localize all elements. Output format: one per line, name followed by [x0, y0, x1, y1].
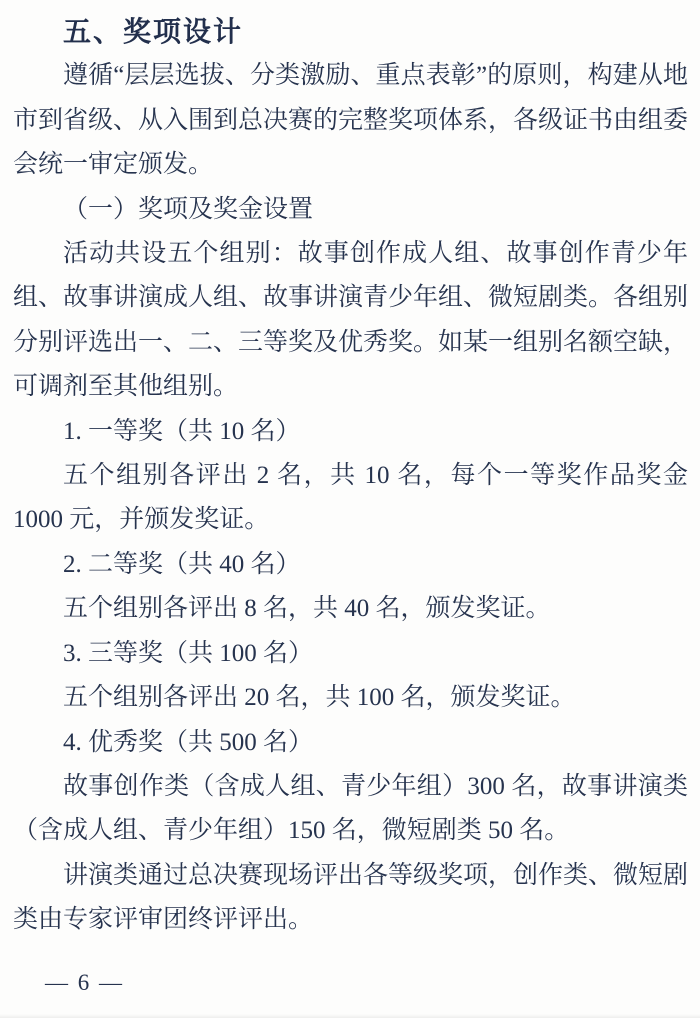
paragraph-second-prize-detail: 五个组别各评出 8 名，共 40 名，颁发奖证。 [13, 587, 688, 631]
item-first-prize-title: 1. 一等奖（共 10 名） [13, 410, 688, 454]
page-number: — 6 — [45, 970, 124, 996]
paragraph-third-prize-detail: 五个组别各评出 20 名，共 100 名，颁发奖证。 [13, 676, 688, 720]
paragraph-five-groups: 活动共设五个组别：故事创作成人组、故事创作青少年组、故事讲演成人组、故事讲演青少… [13, 232, 688, 410]
item-excellence-award-title: 4. 优秀奖（共 500 名） [13, 721, 688, 765]
subheading-awards-and-prize-setup: （一）奖项及奖金设置 [13, 188, 688, 232]
item-third-prize-title: 3. 三等奖（共 100 名） [13, 632, 688, 676]
section-heading-award-design: 五、奖项设计 [13, 10, 688, 54]
paragraph-final-evaluation: 讲演类通过总决赛现场评出各等级奖项，创作类、微短剧类由专家评审团终评评出。 [13, 854, 688, 943]
paragraph-first-prize-detail: 五个组别各评出 2 名，共 10 名，每个一等奖作品奖金 1000 元，并颁发奖… [13, 454, 688, 543]
scan-edge-shadow [0, 1014, 700, 1018]
scanned-document-page: 五、奖项设计 遵循“层层选拔、分类激励、重点表彰”的原则，构建从地市到省级、从入… [0, 0, 700, 1018]
item-second-prize-title: 2. 二等奖（共 40 名） [13, 543, 688, 587]
paragraph-excellence-award-detail: 故事创作类（含成人组、青少年组）300 名，故事讲演类（含成人组、青少年组）15… [13, 765, 688, 854]
paragraph-award-principle: 遵循“层层选拔、分类激励、重点表彰”的原则，构建从地市到省级、从入围到总决赛的完… [13, 54, 688, 187]
